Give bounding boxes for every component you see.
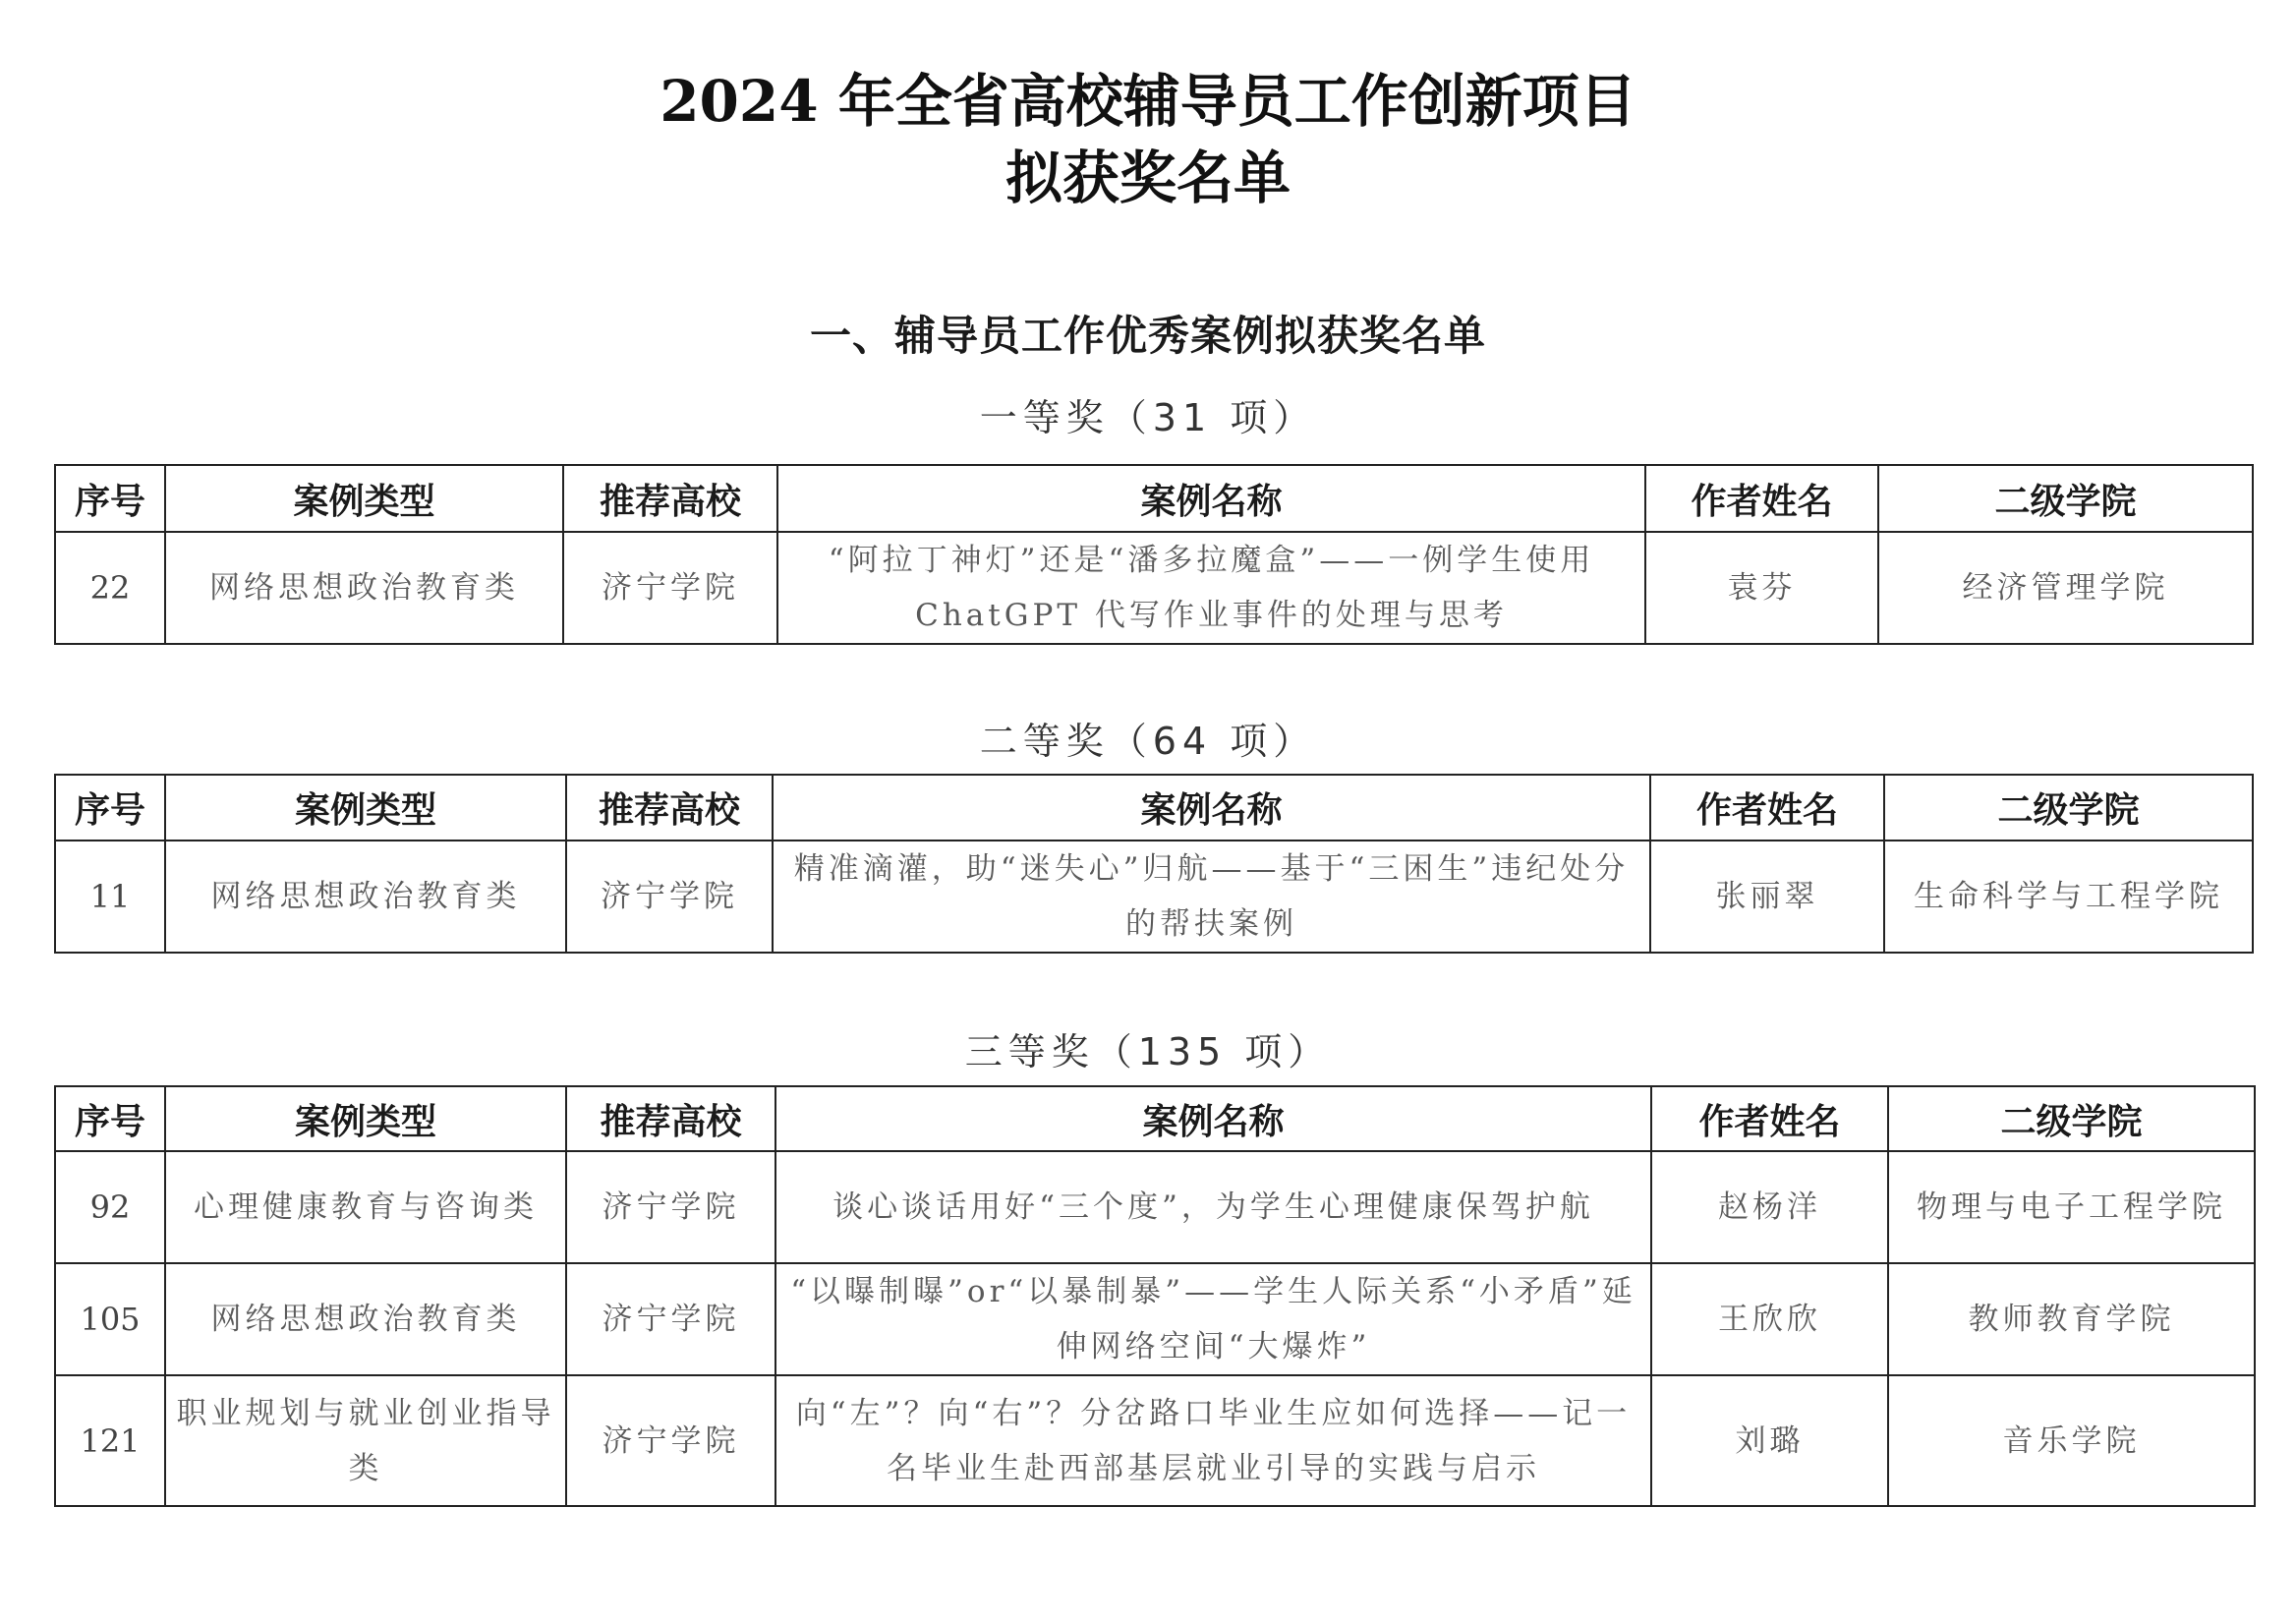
document-title-line2: 拟获奖名单 xyxy=(0,140,2296,216)
cell-college: 物理与电子工程学院 xyxy=(1888,1151,2255,1263)
third-prize-heading: 三等奖（135 项） xyxy=(0,1027,2296,1076)
col-header-college: 二级学院 xyxy=(1878,465,2253,532)
second-prize-table: 序号 案例类型 推荐高校 案例名称 作者姓名 二级学院 11 网络思想政治教育类… xyxy=(54,774,2254,954)
col-header-college: 二级学院 xyxy=(1888,1086,2255,1151)
col-header-school: 推荐高校 xyxy=(566,1086,775,1151)
cell-case-name: “以曝制曝”or“以暴制暴”——学生人际关系“小矛盾”延伸网络空间“大爆炸” xyxy=(775,1263,1651,1375)
cell-case-name: 精准滴灌，助“迷失心”归航——基于“三困生”违纪处分的帮扶案例 xyxy=(773,841,1650,953)
col-header-no: 序号 xyxy=(55,465,165,532)
col-header-type: 案例类型 xyxy=(165,775,566,841)
cell-college: 经济管理学院 xyxy=(1878,532,2253,644)
table-row: 121 职业规划与就业创业指导类 济宁学院 向“左”？向“右”？分岔路口毕业生应… xyxy=(55,1375,2255,1506)
cell-author: 赵杨洋 xyxy=(1651,1151,1888,1263)
first-prize-heading: 一等奖（31 项） xyxy=(0,393,2296,442)
cell-no: 105 xyxy=(55,1263,165,1375)
cell-author: 王欣欣 xyxy=(1651,1263,1888,1375)
col-header-author: 作者姓名 xyxy=(1651,1086,1888,1151)
section-heading: 一、辅导员工作优秀案例拟获奖名单 xyxy=(0,309,2296,364)
table-header-row: 序号 案例类型 推荐高校 案例名称 作者姓名 二级学院 xyxy=(55,775,2253,841)
cell-school: 济宁学院 xyxy=(566,1375,775,1506)
cell-type: 网络思想政治教育类 xyxy=(165,841,566,953)
cell-no: 92 xyxy=(55,1151,165,1263)
col-header-no: 序号 xyxy=(55,775,165,841)
cell-case-name: “阿拉丁神灯”还是“潘多拉魔盒”——一例学生使用ChatGPT 代写作业事件的处… xyxy=(777,532,1645,644)
col-header-case-name: 案例名称 xyxy=(777,465,1645,532)
table-header-row: 序号 案例类型 推荐高校 案例名称 作者姓名 二级学院 xyxy=(55,465,2253,532)
cell-author: 袁芬 xyxy=(1645,532,1878,644)
cell-type: 职业规划与就业创业指导类 xyxy=(165,1375,566,1506)
cell-case-name: 向“左”？向“右”？分岔路口毕业生应如何选择——记一名毕业生赴西部基层就业引导的… xyxy=(775,1375,1651,1506)
document-title-line1: 2024 年全省高校辅导员工作创新项目 xyxy=(0,63,2296,140)
cell-college: 教师教育学院 xyxy=(1888,1263,2255,1375)
cell-type: 心理健康教育与咨询类 xyxy=(165,1151,566,1263)
cell-no: 11 xyxy=(55,841,165,953)
table-row: 92 心理健康教育与咨询类 济宁学院 谈心谈话用好“三个度”，为学生心理健康保驾… xyxy=(55,1151,2255,1263)
table-row: 22 网络思想政治教育类 济宁学院 “阿拉丁神灯”还是“潘多拉魔盒”——一例学生… xyxy=(55,532,2253,644)
col-header-type: 案例类型 xyxy=(165,465,563,532)
table-row: 105 网络思想政治教育类 济宁学院 “以曝制曝”or“以暴制暴”——学生人际关… xyxy=(55,1263,2255,1375)
cell-type: 网络思想政治教育类 xyxy=(165,532,563,644)
cell-college: 音乐学院 xyxy=(1888,1375,2255,1506)
col-header-author: 作者姓名 xyxy=(1650,775,1884,841)
cell-type: 网络思想政治教育类 xyxy=(165,1263,566,1375)
cell-author: 张丽翠 xyxy=(1650,841,1884,953)
col-header-case-name: 案例名称 xyxy=(773,775,1650,841)
first-prize-table: 序号 案例类型 推荐高校 案例名称 作者姓名 二级学院 22 网络思想政治教育类… xyxy=(54,464,2254,645)
col-header-author: 作者姓名 xyxy=(1645,465,1878,532)
col-header-school: 推荐高校 xyxy=(563,465,777,532)
cell-school: 济宁学院 xyxy=(566,841,773,953)
table-header-row: 序号 案例类型 推荐高校 案例名称 作者姓名 二级学院 xyxy=(55,1086,2255,1151)
col-header-type: 案例类型 xyxy=(165,1086,566,1151)
cell-author: 刘璐 xyxy=(1651,1375,1888,1506)
col-header-no: 序号 xyxy=(55,1086,165,1151)
col-header-case-name: 案例名称 xyxy=(775,1086,1651,1151)
cell-no: 121 xyxy=(55,1375,165,1506)
col-header-school: 推荐高校 xyxy=(566,775,773,841)
cell-no: 22 xyxy=(55,532,165,644)
col-header-college: 二级学院 xyxy=(1884,775,2253,841)
cell-school: 济宁学院 xyxy=(566,1151,775,1263)
cell-case-name: 谈心谈话用好“三个度”，为学生心理健康保驾护航 xyxy=(775,1151,1651,1263)
third-prize-table: 序号 案例类型 推荐高校 案例名称 作者姓名 二级学院 92 心理健康教育与咨询… xyxy=(54,1085,2256,1507)
table-row: 11 网络思想政治教育类 济宁学院 精准滴灌，助“迷失心”归航——基于“三困生”… xyxy=(55,841,2253,953)
cell-school: 济宁学院 xyxy=(563,532,777,644)
cell-college: 生命科学与工程学院 xyxy=(1884,841,2253,953)
cell-school: 济宁学院 xyxy=(566,1263,775,1375)
second-prize-heading: 二等奖（64 项） xyxy=(0,717,2296,766)
